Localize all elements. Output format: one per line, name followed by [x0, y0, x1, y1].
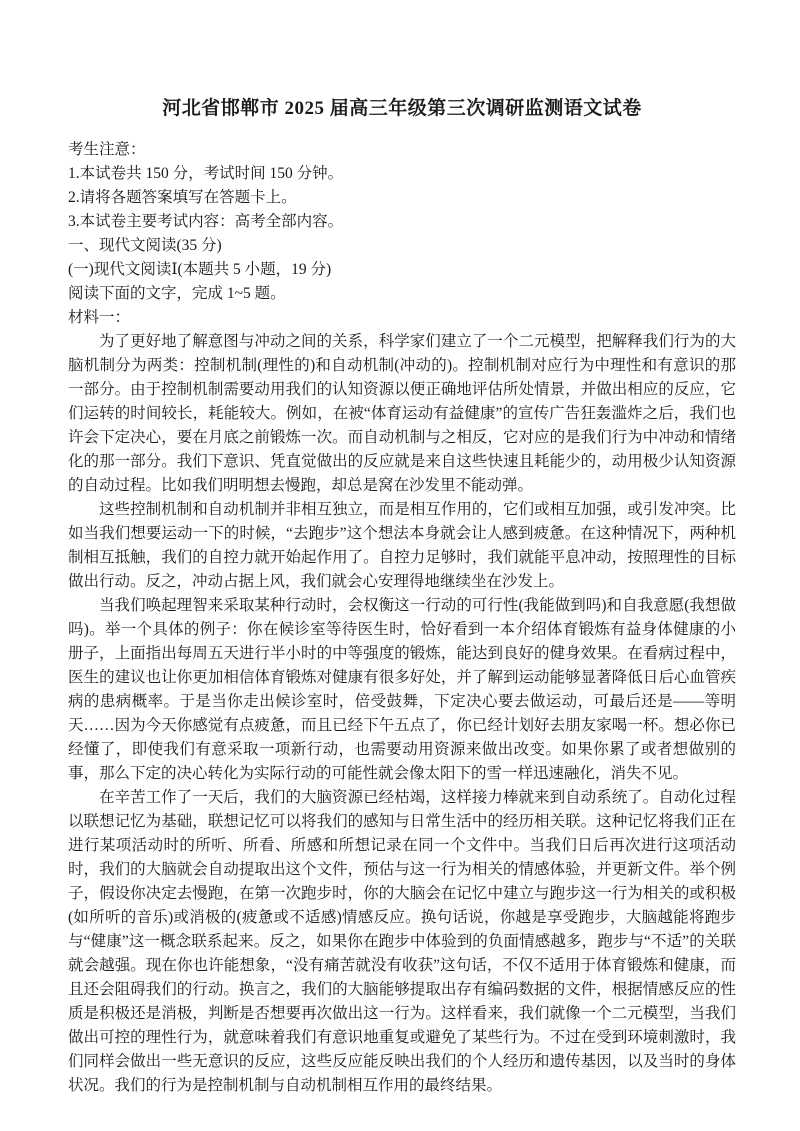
notice-item-3: 3.本试卷主要考试内容：高考全部内容。 [68, 210, 736, 234]
reading-instruction: 阅读下面的文字，完成 1~5 题。 [68, 282, 736, 306]
section-headings: 一、现代文阅读(35 分) (一)现代文阅读Ⅰ(本题共 5 小题，19 分) 阅… [68, 234, 736, 330]
notice-heading: 考生注意： [68, 138, 736, 162]
material-one-paragraph-4: 在辛苦工作了一天后，我们的大脑资源已经枯竭，这样接力棒就来到自动系统了。自动化过… [68, 786, 736, 1098]
material-one-paragraph-1: 为了更好地了解意图与冲动之间的关系，科学家们建立了一个二元模型，把解释我们行为的… [68, 330, 736, 498]
notice-item-1: 1.本试卷共 150 分，考试时间 150 分钟。 [68, 162, 736, 186]
notice-item-2: 2.请将各题答案填写在答题卡上。 [68, 186, 736, 210]
material-one-paragraph-2: 这些控制机制和自动机制并非相互独立，而是相互作用的，它们或相互加强，或引发冲突。… [68, 498, 736, 594]
page-title: 河北省邯郸市 2025 届高三年级第三次调研监测语文试卷 [68, 96, 736, 122]
material-one-body: 为了更好地了解意图与冲动之间的关系，科学家们建立了一个二元模型，把解释我们行为的… [68, 330, 736, 1098]
section-heading-modern-reading: 一、现代文阅读(35 分) [68, 234, 736, 258]
material-one-paragraph-3: 当我们唤起理智来采取某种行动时，会权衡这一行动的可行性(我能做到吗)和自我意愿(… [68, 594, 736, 786]
exam-paper-page: 河北省邯郸市 2025 届高三年级第三次调研监测语文试卷 考生注意： 1.本试卷… [0, 0, 800, 1131]
material-one-label: 材料一： [68, 306, 736, 330]
notice-section: 考生注意： 1.本试卷共 150 分，考试时间 150 分钟。 2.请将各题答案… [68, 138, 736, 234]
subsection-heading-reading-one: (一)现代文阅读Ⅰ(本题共 5 小题，19 分) [68, 258, 736, 282]
